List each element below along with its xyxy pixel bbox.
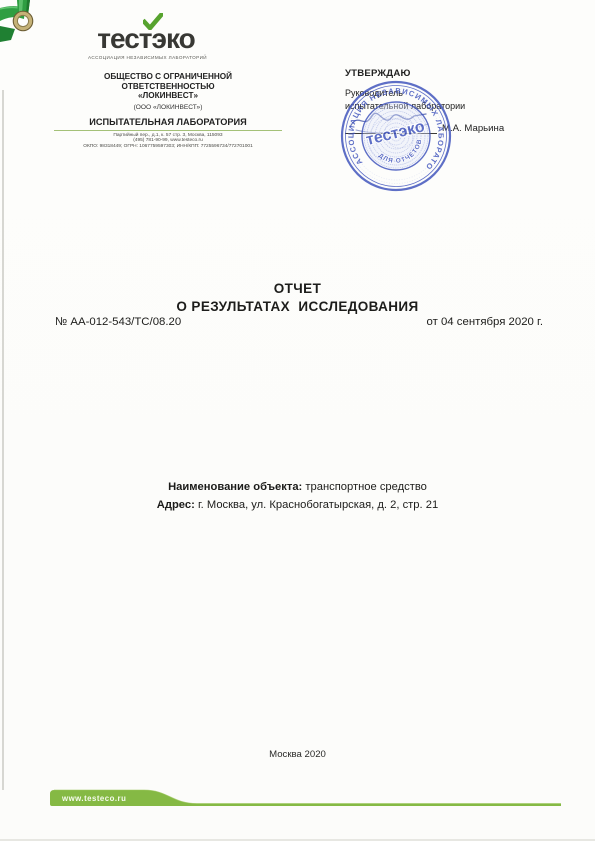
- object-address-label: Адрес:: [157, 499, 195, 511]
- signature-line: [345, 123, 437, 134]
- object-address-value: г. Москва, ул. Краснобогатырская, д. 2, …: [195, 499, 438, 511]
- report-number: № АА-012-543/ТС/08.20: [55, 316, 181, 328]
- org-name-line1: ОБЩЕСТВО С ОГРАНИЧЕННОЙ: [43, 72, 293, 82]
- approve-label: УТВЕРЖДАЮ: [345, 68, 555, 79]
- testeco-logo: тестэко АССОЦИАЦИЯ НЕЗАВИСИМЫХ ЛАБОРАТОР…: [88, 13, 204, 60]
- binding-ribbon-grommet-icon: [0, 0, 58, 62]
- object-info-block: Наименование объекта: транспортное средс…: [0, 478, 595, 514]
- org-name-line3: «ЛОКИНВЕСТ»: [43, 91, 293, 101]
- approval-block: УТВЕРЖДАЮ Руководитель испытательной лаб…: [345, 68, 555, 134]
- approver-name: М.А. Марьина: [442, 123, 504, 134]
- object-name-label: Наименование объекта:: [168, 481, 302, 493]
- organization-block: ОБЩЕСТВО С ОГРАНИЧЕННОЙ ОТВЕТСТВЕННОСТЬЮ…: [43, 72, 293, 150]
- object-name-value: транспортное средство: [302, 481, 427, 493]
- report-title-line2: О РЕЗУЛЬТАТАХ ИССЛЕДОВАНИЯ: [0, 299, 595, 314]
- object-address-line: Адрес: г. Москва, ул. Краснобогатырская,…: [0, 496, 595, 514]
- stamp-purpose-text: ДЛЯ ОТЧЕТОВ: [375, 136, 429, 169]
- checkmark-icon: [143, 13, 163, 30]
- footer-website: www.testeco.ru: [61, 794, 126, 803]
- footer-bar: www.testeco.ru: [0, 784, 595, 814]
- city-year: Москва 2020: [0, 749, 595, 760]
- green-divider: [54, 130, 282, 131]
- report-title-line1: ОТЧЕТ: [0, 281, 595, 296]
- signature-row: М.А. Марьина: [345, 123, 555, 134]
- object-name-line: Наименование объекта: транспортное средс…: [0, 478, 595, 496]
- logo-tagline: АССОЦИАЦИЯ НЕЗАВИСИМЫХ ЛАБОРАТОРИЙ: [88, 55, 204, 60]
- report-cover-page: тестэко АССОЦИАЦИЯ НЕЗАВИСИМЫХ ЛАБОРАТОР…: [0, 0, 595, 841]
- report-date: от 04 сентября 2020 г.: [426, 316, 543, 328]
- org-name-line2: ОТВЕТСТВЕННОСТЬЮ: [43, 82, 293, 92]
- scan-edge-artifact: [2, 90, 4, 790]
- org-short-name: (ООО «ЛОКИНВЕСТ»): [43, 104, 293, 111]
- approver-role-line2: испытательной лаборатории: [345, 101, 555, 111]
- lab-title: ИСПЫТАТЕЛЬНАЯ ЛАБОРАТОРИЯ: [43, 117, 293, 127]
- svg-text:ДЛЯ ОТЧЕТОВ: ДЛЯ ОТЧЕТОВ: [375, 136, 429, 169]
- report-title-block: ОТЧЕТ О РЕЗУЛЬТАТАХ ИССЛЕДОВАНИЯ: [0, 281, 595, 314]
- org-registration: ОКПО: 98318449; ОГРН: 1067759597303; ИНН…: [43, 144, 293, 150]
- approver-role-line1: Руководитель: [345, 88, 555, 98]
